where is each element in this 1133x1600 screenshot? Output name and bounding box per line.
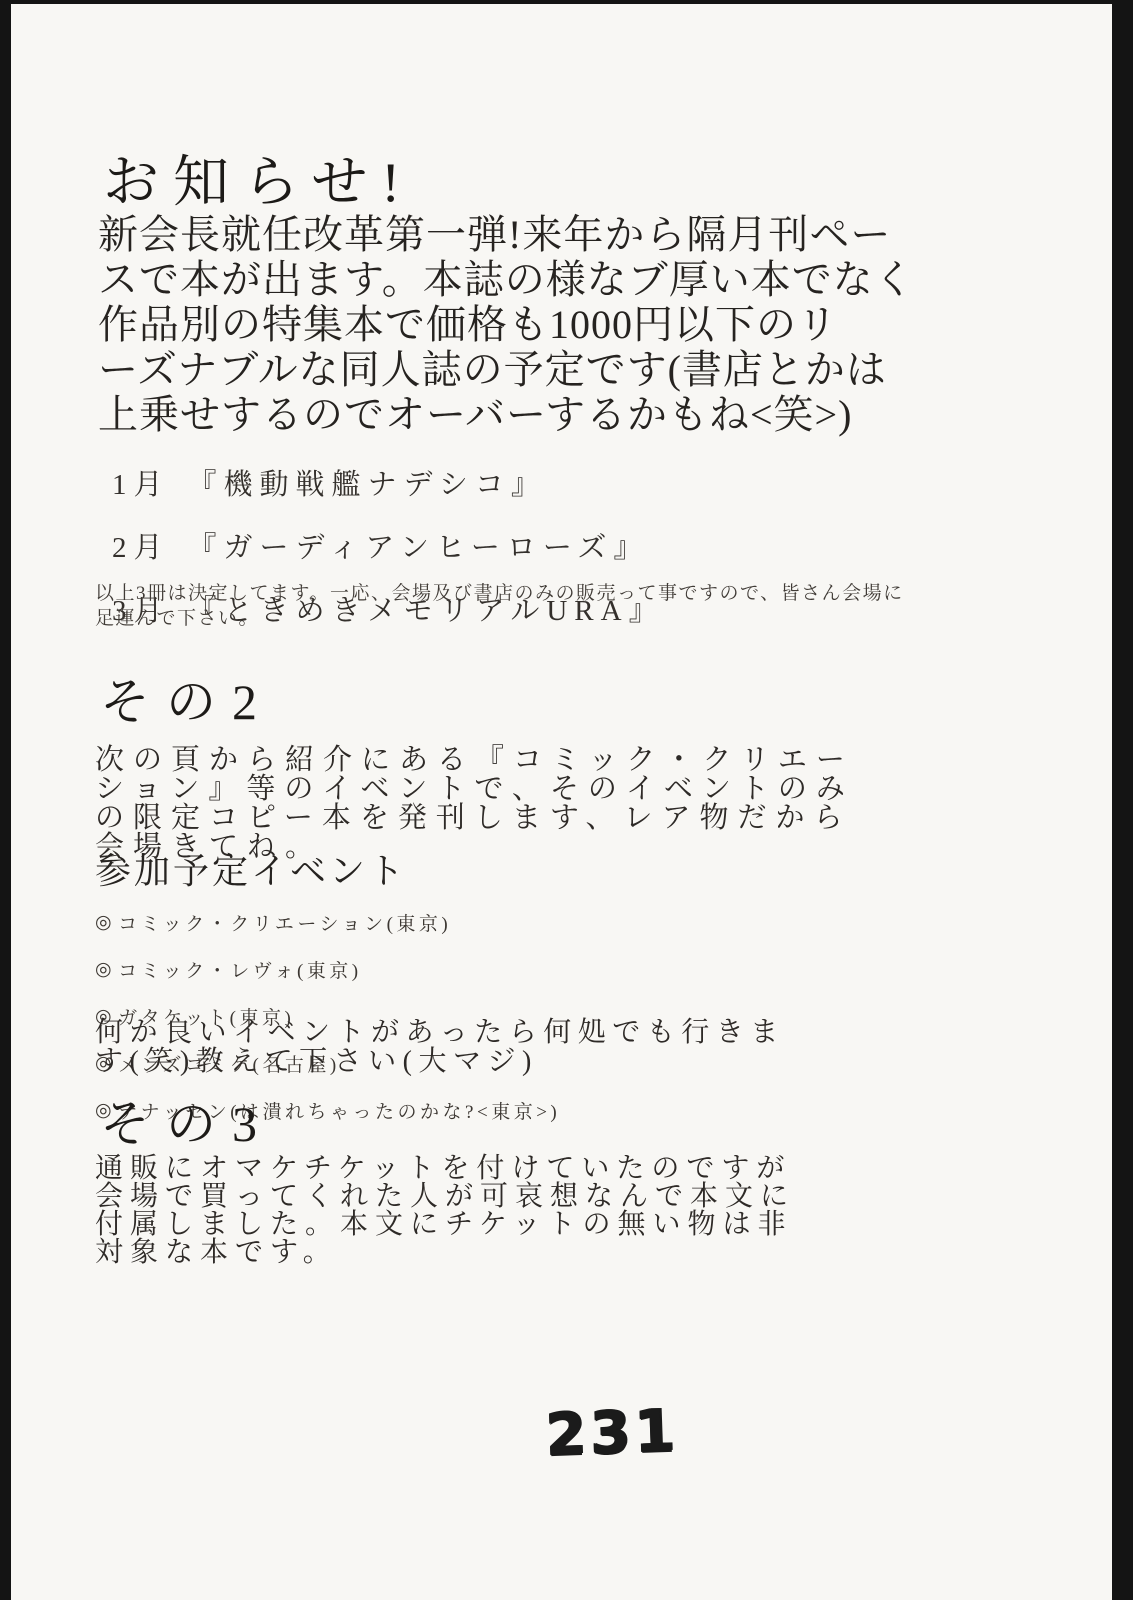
double-circle-bullet-icon: ◎ (95, 958, 115, 981)
schedule-row: 1月 『機動戦艦ナデシコ』 (112, 462, 665, 507)
event-item: ◎ コミック・レヴォ(東京) (95, 955, 560, 984)
section2-heading: その2 (100, 662, 273, 734)
schedule-month: 1月 (112, 462, 170, 507)
schedule-row: 2月 『ガーディアンヒーローズ』 (112, 525, 665, 570)
announcement-title: お知らせ! (103, 138, 414, 218)
event-label: コミック・クリエーション(東京) (118, 909, 451, 936)
schedule-month: 2月 (112, 525, 170, 570)
announcement-intro: 新会長就任改革第一弾!来年から隔月刊ペー スで本が出ます。本誌の様なブ厚い本でな… (98, 212, 928, 437)
section3-heading: その3 (100, 1084, 273, 1156)
event-item: ◎ コミック・クリエーション(東京) (95, 908, 560, 937)
scanned-page: お知らせ! 新会長就任改革第一弾!来年から隔月刊ペー スで本が出ます。本誌の様な… (0, 0, 1133, 1600)
events-heading: 参加予定イベント (95, 843, 407, 894)
section3-body: 通販にオマケチケットを付けていたのですが 会場で買ってくれた人が可哀想なんで本文… (95, 1155, 935, 1267)
schedule-book-title: 『ガーディアンヒーローズ』 (188, 525, 650, 570)
section2-closing: 何か良いイベントがあったら何処でも行きま す(笑)教えて下さい(大マジ) (95, 1018, 935, 1076)
page-number: 231 (544, 1396, 679, 1469)
scan-border-left (0, 0, 11, 1600)
scan-border-top (0, 0, 1133, 4)
schedule-book-title: 『機動戦艦ナデシコ』 (188, 462, 547, 507)
scan-border-right (1112, 0, 1133, 1600)
double-circle-bullet-icon: ◎ (95, 911, 115, 934)
schedule-note: 以上3冊は決定してます。一応、会場及び書店のみの販売って事ですので、皆さん会場に… (95, 581, 910, 631)
event-label: コミック・レヴォ(東京) (118, 956, 362, 983)
